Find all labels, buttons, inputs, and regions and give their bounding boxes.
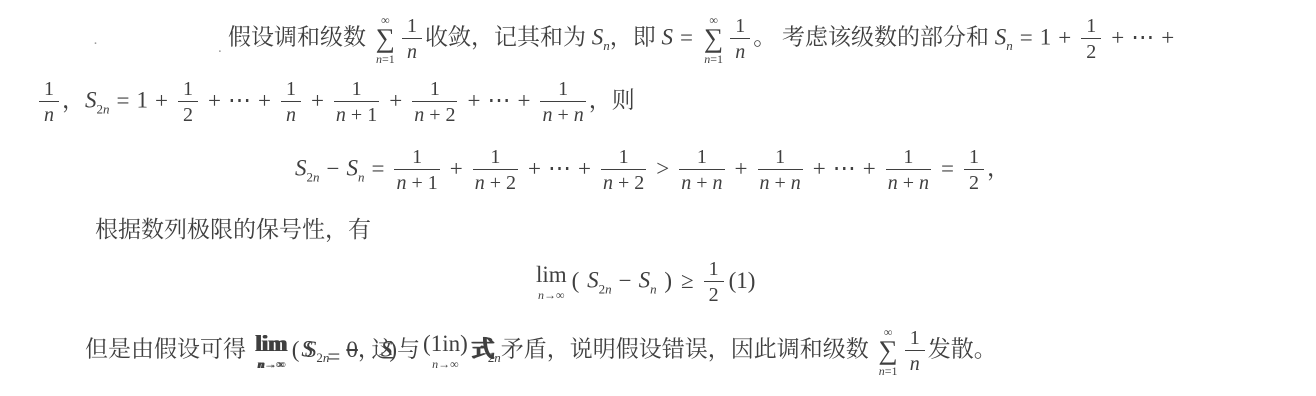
proof-line-assumption: 假设调和级数 ∞∑n=11n收敛，记其和为 Sn，即 S=∞∑n=11n。 考虑… [228, 14, 1181, 65]
proof-line-contradiction-conclusion: 但是由假设可得 limn→∞(SS2n=0，S这)与(1in)n→∞式2n矛盾，… [85, 326, 997, 377]
proof-line-difference-inequality: S2n−Sn=1n + 1+1n + 2+⋯+1n + 2>1n + n+1n … [295, 146, 1010, 195]
proof-line-limit-inequality-eq1: limn→∞( S2n−Sn )≥12(1) [533, 258, 757, 307]
proof-line-partial-sum-s2n: 1n，S2n=1+12+⋯+1n+1n + 1+1n + 2+⋯+1n + n，… [36, 78, 635, 127]
scan-artifact-dot: · [93, 36, 98, 53]
proof-line-sign-preserving-property: 根据数列极限的保号性，有 [95, 216, 371, 245]
scan-artifact-mark: . [218, 40, 222, 57]
